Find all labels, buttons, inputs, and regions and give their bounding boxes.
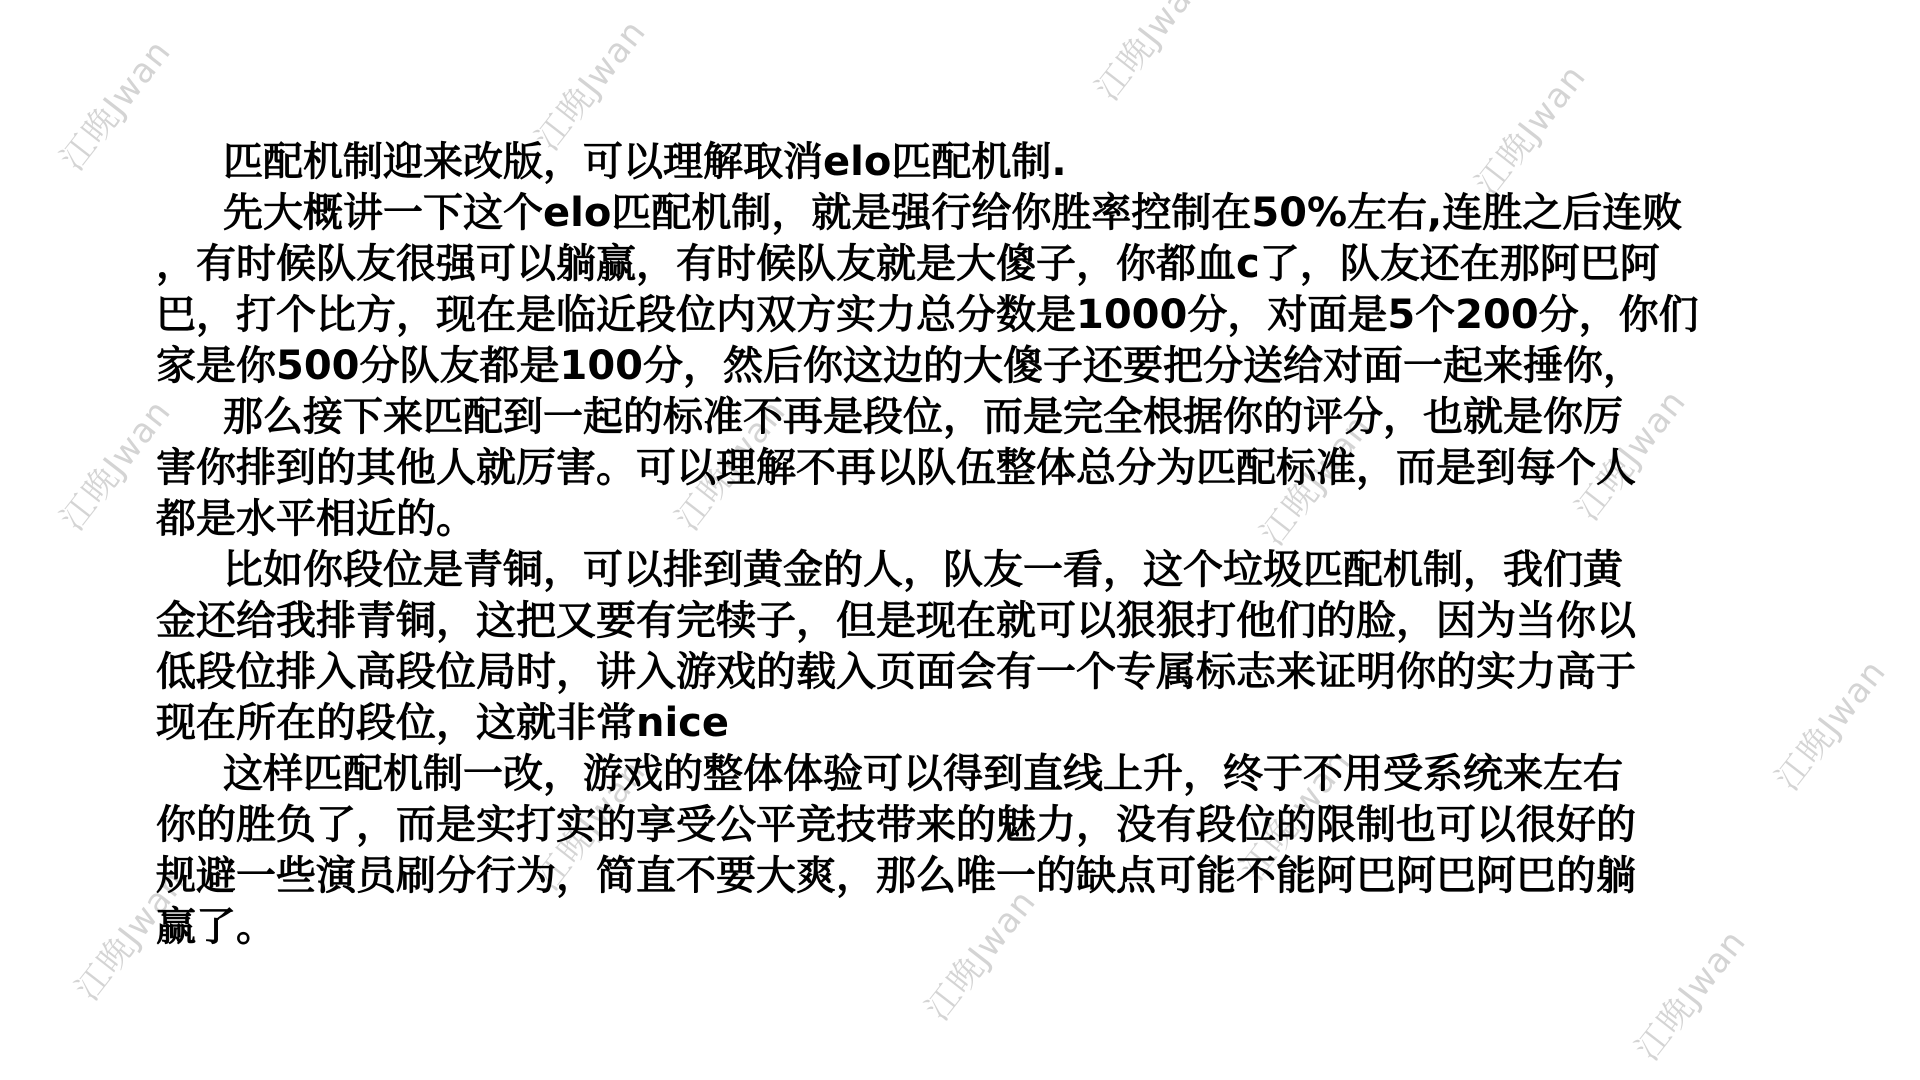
paragraph-line: 都是水平相近的。 [156,494,1806,545]
paragraph-line: ，有时候队友很强可以躺赢，有时候队友就是大傻子，你都血c了，队友还在那阿巴阿 [156,239,1806,290]
paragraph-line: 规避一些演员刷分行为，简直不要大爽，那么唯一的缺点可能不能阿巴阿巴阿巴的躺 [156,851,1806,902]
paragraph-line: 先大概讲一下这个elo匹配机制，就是强行给你胜率控制在50%左右,连胜之后连败 [156,188,1806,239]
paragraph-line: 巴，打个比方，现在是临近段位内双方实力总分数是1000分，对面是5个200分，你… [156,290,1806,341]
paragraph-line: 家是你500分队友都是100分，然后你这边的大傻子还要把分送给对面一起来捶你， [156,341,1806,392]
paragraph-line: 匹配机制迎来改版，可以理解取消elo匹配机制. [156,137,1806,188]
article-body: 匹配机制迎来改版，可以理解取消elo匹配机制. 先大概讲一下这个elo匹配机制，… [156,137,1806,953]
paragraph-line: 现在所在的段位，这就非常nice [156,698,1806,749]
paragraph-line: 这样匹配机制一改，游戏的整体体验可以得到直线上升，终于不用受系统来左右 [156,749,1806,800]
paragraph-line: 赢了。 [156,902,1806,953]
document-page: 江晚Jwan 江晚Jwan 江晚Jwan 江晚Jwan 江晚Jwan 江晚Jwa… [0,0,1920,1080]
paragraph-line: 那么接下来匹配到一起的标准不再是段位，而是完全根据你的评分，也就是你厉 [156,392,1806,443]
paragraph-line: 金还给我排青铜，这把又要有完犊子，但是现在就可以狠狠打他们的脸，因为当你以 [156,596,1806,647]
paragraph-line: 你的胜负了，而是实打实的享受公平竞技带来的魅力，没有段位的限制也可以很好的 [156,800,1806,851]
watermark: 江晚Jwan [1081,0,1215,109]
paragraph-line: 低段位排入高段位局时，讲入游戏的载入页面会有一个专属标志来证明你的实力高于 [156,647,1806,698]
paragraph-line: 比如你段位是青铜，可以排到黄金的人，队友一看，这个垃圾匹配机制，我们黄 [156,545,1806,596]
paragraph-line: 害你排到的其他人就厉害。可以理解不再以队伍整体总分为匹配标准，而是到每个人 [156,443,1806,494]
